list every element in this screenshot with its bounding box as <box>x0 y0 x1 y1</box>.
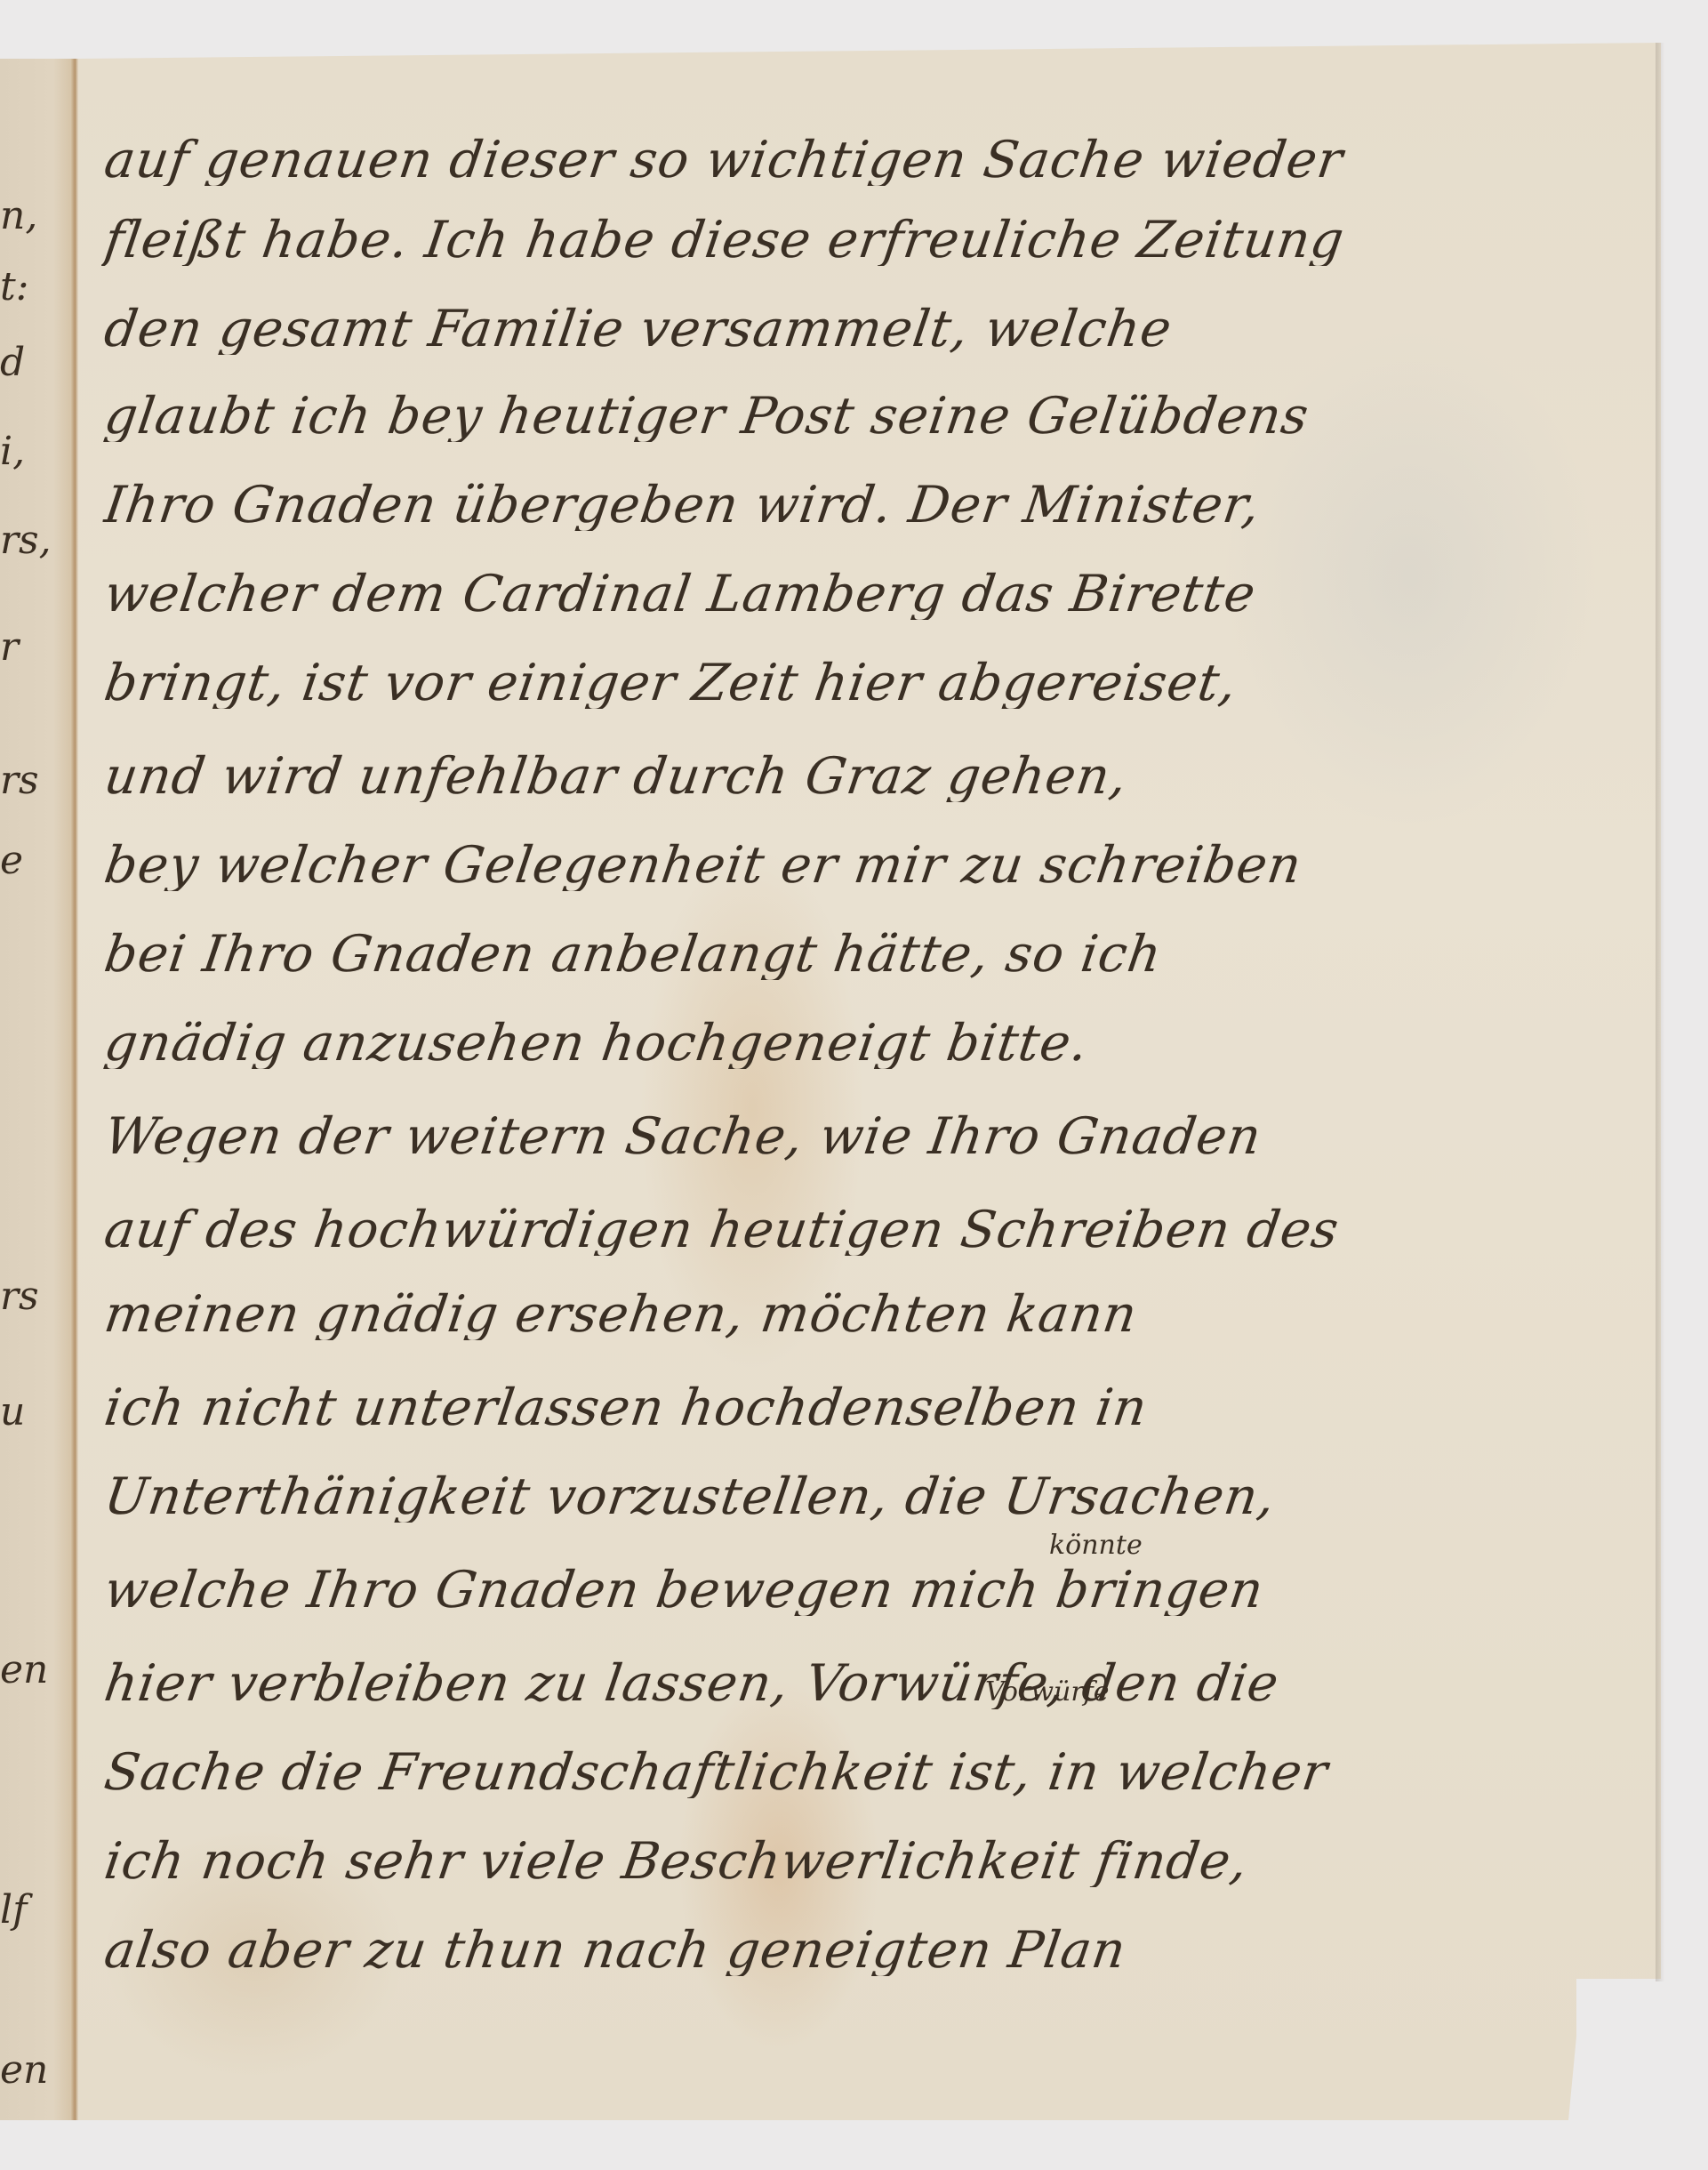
text-line: bei Ihro Gnaden anbelangt hätte, so ich <box>101 929 1638 980</box>
text-line: Ihro Gnaden übergeben wird. Der Minister… <box>101 480 1638 531</box>
left-fragment: e <box>0 841 23 880</box>
left-fragment: r <box>0 628 19 667</box>
text-line: bey welcher Gelegenheit er mir zu schrei… <box>101 840 1638 891</box>
left-fragment: t: <box>0 268 29 307</box>
text-line: auf des hochwürdigen heutigen Schreiben … <box>101 1205 1638 1256</box>
text-line: Unterthänigkeit vorzustellen, die Ursach… <box>101 1472 1638 1523</box>
text-line: ich noch sehr viele Beschwerlichkeit fin… <box>101 1836 1638 1887</box>
left-fragment: rs <box>0 1277 39 1316</box>
left-fragment: en <box>0 1651 48 1690</box>
left-fragment: i, <box>0 432 25 471</box>
text-line: den gesamt Familie versammelt, welche <box>101 304 1638 355</box>
paper-edge-shadow <box>1656 43 1664 1981</box>
left-fragment: en <box>0 2051 48 2090</box>
left-fragment: n, <box>0 197 37 236</box>
left-fragment: rs, <box>0 521 52 560</box>
interlinear-insertion: könnte <box>1049 1530 1143 1561</box>
previous-page-strip: n, t: d i, rs, r rs e rs u en lf en <box>0 59 76 2120</box>
text-line: glaubt ich bey heutiger Post seine Gelüb… <box>101 391 1638 442</box>
text-line: auf genauen dieser so wichtigen Sache wi… <box>101 135 1638 186</box>
text-line: meinen gnädig ersehen, möchten kann <box>101 1290 1638 1340</box>
interlinear-insertion: Vorwürfe <box>985 1676 1110 1708</box>
text-line: bringt, ist vor einiger Zeit hier abgere… <box>101 658 1638 709</box>
text-line: welcher dem Cardinal Lamberg das Birette <box>101 569 1638 620</box>
left-fragment: u <box>0 1393 25 1432</box>
left-fragment: lf <box>0 1891 27 1930</box>
left-fragment: d <box>0 343 25 382</box>
text-line: gnädig anzusehen hochgeneigt bitte. <box>101 1018 1638 1069</box>
text-line: also aber zu thun nach geneigten Plan <box>101 1925 1638 1976</box>
left-fragment: rs <box>0 761 39 800</box>
text-line: ich nicht unterlassen hochdenselben in <box>101 1383 1638 1434</box>
text-line: Wegen der weitern Sache, wie Ihro Gnaden <box>101 1112 1638 1162</box>
page-fold-gutter <box>71 59 78 2120</box>
text-line: fleißt habe. Ich habe diese erfreuliche … <box>101 215 1638 266</box>
text-line: hier verbleiben zu lassen, Vorwürfe, den… <box>101 1659 1638 1709</box>
text-line: und wird unfehlbar durch Graz gehen, <box>101 751 1638 802</box>
text-line: Sache die Freundschaftlichkeit ist, in w… <box>101 1748 1638 1798</box>
text-line: welche Ihro Gnaden bewegen mich bringen <box>101 1565 1638 1616</box>
